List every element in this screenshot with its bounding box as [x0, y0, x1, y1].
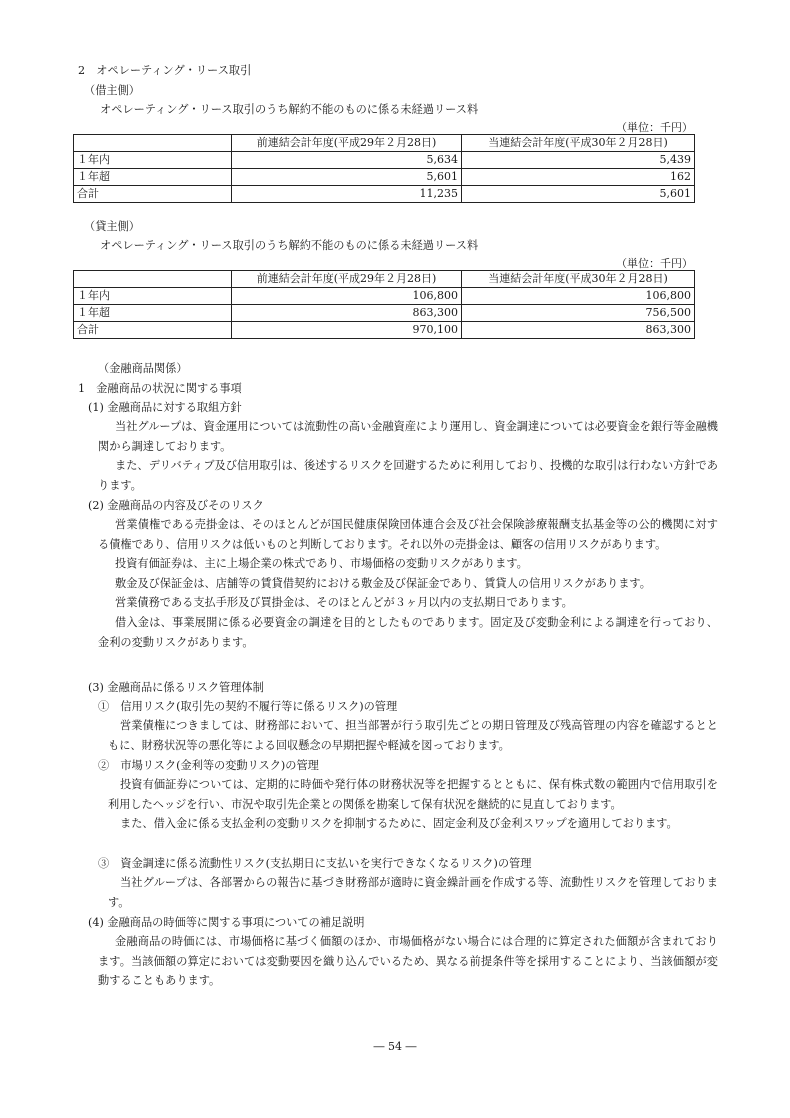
paragraph: また、借入金に係る支払金利の変動リスクを抑制するために、固定金利及び金利スワップ…: [108, 814, 718, 834]
paragraph: 営業債権につきましては、財務部において、担当部署が行う取引先ごとの期日管理及び残…: [108, 716, 718, 755]
curr-year-value: 106,800: [462, 288, 695, 305]
sub2-body: 営業債権である売掛金は、そのほとんどが国民健康保険団体連合会及び社会保険診療報酬…: [98, 515, 718, 652]
lessor-caption: オペレーティング・リース取引のうち解約不能のものに係る未経過リース料: [100, 239, 478, 253]
lessor-heading: （貸主側）: [84, 220, 140, 234]
curr-year-value: 5,601: [462, 186, 695, 203]
sub1-title: (1) 金融商品に対する取組方針: [88, 401, 242, 415]
table-row: １年内 106,800 106,800: [74, 288, 695, 305]
lessee-lease-table: 前連結会計年度(平成29年２月28日) 当連結会計年度(平成30年２月28日) …: [73, 134, 695, 203]
paragraph: 営業債権である売掛金は、そのほとんどが国民健康保険団体連合会及び社会保険診療報酬…: [98, 515, 718, 554]
page-number: ― 54 ―: [0, 1040, 790, 1053]
paragraph: 投資有価証券は、主に上場企業の株式であり、市場価格の変動リスクがあります。: [98, 554, 718, 574]
row-label: 合計: [74, 322, 232, 339]
sub4-title: (4) 金融商品の時価等に関する事項についての補足説明: [88, 916, 365, 930]
table-row: 合計 970,100 863,300: [74, 322, 695, 339]
paragraph: 当社グループは、資金運用については流動性の高い金融資産により運用し、資金調達につ…: [98, 417, 718, 456]
lessee-heading: （借主側）: [84, 84, 140, 98]
paragraph: 金融商品の時価には、市場価格に基づく価額のほか、市場価格がない場合には合理的に算…: [98, 932, 718, 991]
table-header-cell: 前連結会計年度(平成29年２月28日): [232, 135, 462, 152]
prev-year-value: 106,800: [232, 288, 462, 305]
table-row: １年超 863,300 756,500: [74, 305, 695, 322]
curr-year-value: 756,500: [462, 305, 695, 322]
liquidity-risk-title: ③ 資金調達に係る流動性リスク(支払期日に支払いを実行できなくなるリスク)の管理: [98, 857, 531, 871]
table-header-cell: 当連結会計年度(平成30年２月28日): [462, 271, 695, 288]
table-row: １年超 5,601 162: [74, 169, 695, 186]
sub4-body: 金融商品の時価には、市場価格に基づく価額のほか、市場価格がない場合には合理的に算…: [98, 932, 718, 991]
section-title: 2 オペレーティング・リース取引: [78, 64, 251, 78]
lessee-unit-label: （単位：千円）: [616, 121, 693, 135]
credit-risk-body: 営業債権につきましては、財務部において、担当部署が行う取引先ごとの期日管理及び残…: [108, 716, 718, 755]
curr-year-value: 162: [462, 169, 695, 186]
table-header-cell: 前連結会計年度(平成29年２月28日): [232, 271, 462, 288]
prev-year-value: 11,235: [232, 186, 462, 203]
table-header-row: 前連結会計年度(平成29年２月28日) 当連結会計年度(平成30年２月28日): [74, 135, 695, 152]
liquidity-risk-body: 当社グループは、各部署からの報告に基づき財務部が適時に資金繰計画を作成する等、流…: [108, 873, 718, 912]
table-header-cell: [74, 271, 232, 288]
sub2-title: (2) 金融商品の内容及びそのリスク: [88, 499, 264, 513]
credit-risk-title: ① 信用リスク(取引先の契約不履行等に係るリスク)の管理: [98, 700, 397, 714]
market-risk-body: 投資有価証券については、定期的に時価や発行体の財務状況等を把握するとともに、保有…: [108, 775, 718, 834]
prev-year-value: 863,300: [232, 305, 462, 322]
lessee-caption: オペレーティング・リース取引のうち解約不能のものに係る未経過リース料: [100, 103, 478, 117]
curr-year-value: 5,439: [462, 152, 695, 169]
prev-year-value: 5,634: [232, 152, 462, 169]
table-header-cell: [74, 135, 232, 152]
financial-item1-title: 1 金融商品の状況に関する事項: [78, 382, 242, 396]
row-label: 合計: [74, 186, 232, 203]
row-label: １年内: [74, 288, 232, 305]
paragraph: 当社グループは、各部署からの報告に基づき財務部が適時に資金繰計画を作成する等、流…: [108, 873, 718, 912]
table-row: 合計 11,235 5,601: [74, 186, 695, 203]
lessor-lease-table: 前連結会計年度(平成29年２月28日) 当連結会計年度(平成30年２月28日) …: [73, 270, 695, 339]
table-row: １年内 5,634 5,439: [74, 152, 695, 169]
row-label: １年超: [74, 169, 232, 186]
row-label: １年内: [74, 152, 232, 169]
row-label: １年超: [74, 305, 232, 322]
sub3-title: (3) 金融商品に係るリスク管理体制: [88, 681, 264, 695]
paragraph: また、デリバティブ及び信用取引は、後述するリスクを回避するために利用しており、投…: [98, 456, 718, 495]
paragraph: 敷金及び保証金は、店舗等の賃貸借契約における敷金及び保証金であり、賃貸人の信用リ…: [98, 574, 718, 594]
sub1-body: 当社グループは、資金運用については流動性の高い金融資産により運用し、資金調達につ…: [98, 417, 718, 495]
market-risk-title: ② 市場リスク(金利等の変動リスク)の管理: [98, 759, 319, 773]
financial-heading: （金融商品関係）: [98, 362, 188, 376]
paragraph: 営業債務である支払手形及び買掛金は、そのほとんどが３ヶ月以内の支払期日であります…: [98, 593, 718, 613]
prev-year-value: 5,601: [232, 169, 462, 186]
prev-year-value: 970,100: [232, 322, 462, 339]
table-header-row: 前連結会計年度(平成29年２月28日) 当連結会計年度(平成30年２月28日): [74, 271, 695, 288]
lessor-unit-label: （単位：千円）: [616, 257, 693, 271]
paragraph: 投資有価証券については、定期的に時価や発行体の財務状況等を把握するとともに、保有…: [108, 775, 718, 814]
table-header-cell: 当連結会計年度(平成30年２月28日): [462, 135, 695, 152]
paragraph: 借入金は、事業展開に係る必要資金の調達を目的としたものであります。固定及び変動金…: [98, 613, 718, 652]
curr-year-value: 863,300: [462, 322, 695, 339]
